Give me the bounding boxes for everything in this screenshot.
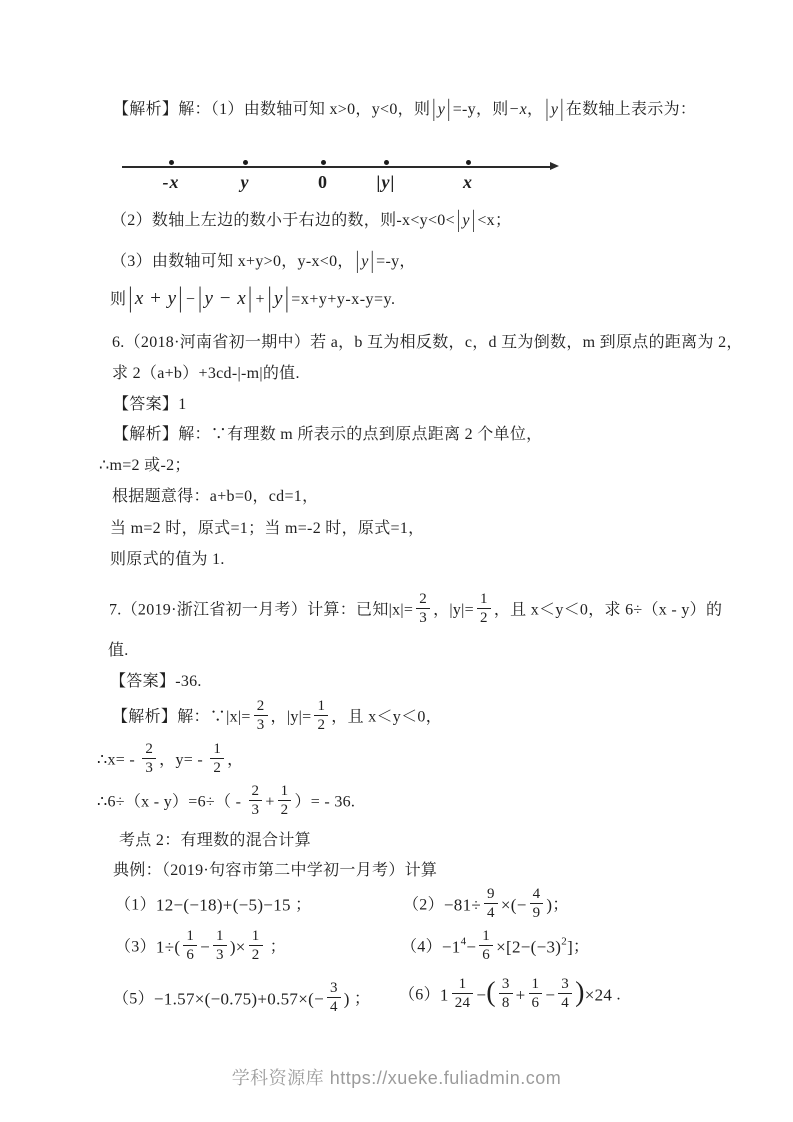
problem-7-analysis-3: ∴6÷（x - y）=6÷（ - 23+12）= - 36. — [97, 779, 355, 825]
problem-6-analysis-2: ∴m=2 或-2； — [99, 455, 191, 477]
problem-7-analysis-2: ∴x= - 23，y= - 12， — [97, 737, 243, 783]
solution-line-part2: （2）数轴上左边的数小于右边的数，则-x<y<0<|y|<x； — [111, 210, 511, 232]
calc-problem-3: （3）1÷(16−13)×12 ； — [115, 924, 286, 970]
document-page: 【解析】解：（1）由数轴可知 x>0，y<0，则|y|=-y，则−x，|y|在数… — [0, 0, 793, 1122]
number-line-label-abs-y: |y| — [377, 172, 396, 193]
section-heading-kaodian2: 考点 2：有理数的混合计算 — [119, 830, 311, 852]
number-line-axis — [122, 166, 552, 168]
problem-6-answer: 【答案】1 — [113, 394, 187, 416]
problem-6-analysis-1: 【解析】解：∵有理数 m 所表示的点到原点距离 2 个单位， — [113, 424, 542, 446]
problem-6-statement: 6.（2018·河南省初一期中）若 a，b 互为相反数，c，d 互为倒数，m 到… — [112, 332, 743, 354]
watermark-footer: 学科资源库 https://xueke.fuliadmin.com — [0, 1064, 793, 1090]
calc-problem-1: （1）12−(−18)+(−5)−15 ； — [115, 882, 311, 928]
problem-7-statement-2: 值. — [108, 640, 129, 662]
number-line-label-x: x — [463, 172, 473, 193]
solution-line-formula: 则|x + y|−|y − x|+|y|=x+y+y-x-y=y. — [110, 284, 396, 315]
number-line-dot — [243, 160, 248, 165]
problem-7-statement: 7.（2019·浙江省初一月考）计算：已知|x|=23，|y|=12，且 x＜y… — [109, 587, 722, 633]
solution-line-part1: 【解析】解：（1）由数轴可知 x>0，y<0，则|y|=-y，则−x，|y|在数… — [113, 99, 696, 121]
problem-6-analysis-5: 则原式的值为 1. — [110, 549, 225, 571]
calc-problem-5: （5）−1.57×(−0.75)+0.57×(−34) ； — [113, 976, 370, 1022]
problem-6-analysis-4: 当 m=2 时，原式=1；当 m=-2 时，原式=1， — [110, 518, 424, 540]
problem-6-analysis-3: 根据题意得：a+b=0，cd=1， — [112, 486, 318, 508]
number-line-arrow-icon — [550, 162, 559, 170]
calc-problem-2: （2）−81÷94×(−49)； — [403, 882, 569, 928]
number-line-label-y: y — [241, 172, 250, 193]
number-line-label-zero: 0 — [318, 172, 328, 193]
calc-problem-6: （6）1124−(38+16−34)×24 . — [399, 972, 621, 1018]
number-line-dot — [466, 160, 471, 165]
problem-6-statement-2: 求 2（a+b）+3cd-|-m|的值. — [112, 363, 300, 385]
number-line-dot — [321, 160, 326, 165]
solution-line-part3: （3）由数轴可知 x+y>0，y-x<0，|y|=-y， — [111, 251, 416, 273]
number-line-dot — [169, 160, 174, 165]
number-line-label-neg-x: -x — [163, 172, 180, 193]
calc-problem-4: （4）−14−16×[2−(−3)2]； — [401, 924, 589, 970]
example-heading: 典例：（2019·句容市第二中学初一月考）计算 — [113, 860, 437, 882]
problem-7-answer: 【答案】-36. — [110, 671, 202, 693]
problem-7-analysis-1: 【解析】解：∵|x|=23，|y|=12，且 x＜y＜0， — [112, 694, 442, 740]
number-line-figure: -x y 0 |y| x — [120, 148, 570, 200]
number-line-dot — [384, 160, 389, 165]
